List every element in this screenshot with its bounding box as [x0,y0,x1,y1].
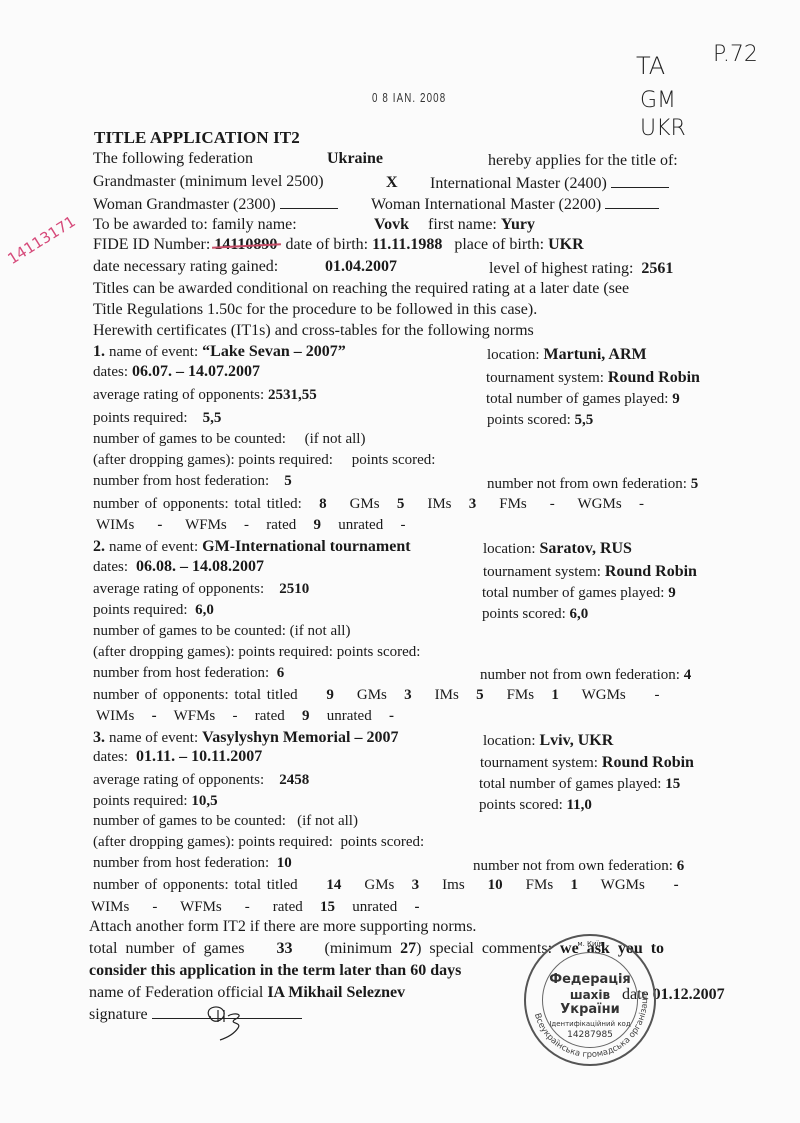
event-3-dropping-label: (after dropping games): points required: [93,834,333,850]
event-2-notown-label: number not from own federation: [480,667,680,683]
event-2-wims: - [152,708,157,724]
federation-label: The following federation [93,149,253,169]
event-3-dates-label: dates: [93,749,128,765]
event-3-system-label: tournament system: [480,755,598,771]
conditional-note-2: Title Regulations 1.50c for the procedur… [93,300,537,320]
event-2-scored-label: points scored: [482,606,566,622]
event-2-wgms-label: WGMs [582,687,626,703]
event-3-if-not-all: (if not all) [297,813,358,829]
event-3-notown-label: number not from own federation: [473,858,673,874]
event-2-unrated-label: unrated [327,708,372,724]
event-2-titled-label: number of opponents: total titled [93,687,298,703]
attach-note: Attach another form IT2 if there are mor… [89,917,476,937]
event-2-total-games: 9 [668,585,676,601]
event-2-location: Saratov, RUS [540,540,632,557]
event-2-gms: 3 [404,687,412,703]
official-name: IA Mikhail Seleznev [267,984,405,1001]
event-2-total-label: total number of games played: [482,585,664,601]
event-3-rated-label: rated [273,899,303,915]
event-3-notown-row: number not from own federation: 6 [473,857,684,876]
event-2-points-scored: 6,0 [570,606,589,622]
event-1-ims-label: IMs [427,496,451,512]
event-2-avg-rating: 2510 [279,581,309,597]
event-1-counted-label: number of games to be counted: [93,431,286,447]
event-2-name-label: name of event: [109,539,198,555]
event-1-gms-label: GMs [350,496,380,512]
event-3-total-row: total number of games played: 15 [479,775,680,794]
event-2-opponents-row: number of opponents: total titled 9 GMs … [93,686,660,705]
event-2-name: GM-International tournament [202,538,410,555]
event-2-dropping-scored-label: points scored: [337,644,421,660]
event-1-name-row: 1. name of event: “Lake Sevan – 2007” [93,342,346,362]
event-3-dropping-scored-label: points scored: [340,834,424,850]
event-1-name-label: name of event: [109,344,198,360]
event-1-not-own: 5 [691,476,699,492]
event-2-wfms: - [233,708,238,724]
event-1-ims: 3 [469,496,477,512]
event-2-titled: 9 [326,687,334,703]
event-3-rated-row: WIMs - WFMs - rated 15 unrated - [91,898,419,917]
event-2-points-required: 6,0 [195,602,214,618]
event-3-titled: 14 [326,877,341,893]
event-3-dropping-row: (after dropping games): points required:… [93,833,424,852]
event-3-unrated: - [414,899,419,915]
event-3-system-row: tournament system: Round Robin [480,753,694,773]
event-3-avg-row: average rating of opponents: 2458 [93,771,309,790]
event-2-dropping-row: (after dropping games): points required:… [93,643,420,662]
event-3-wgms: - [674,877,679,893]
event-2-dates-row: dates: 06.08. – 14.08.2007 [93,557,264,577]
event-2-dropping-label: (after dropping games): points required: [93,644,333,660]
event-2-avg-row: average rating of opponents: 2510 [93,580,309,599]
event-1-points-required: 5,5 [203,410,222,426]
event-1-total-games: 9 [672,391,680,407]
event-2-notown-row: number not from own federation: 4 [480,666,691,685]
fide-id-struck: 14110890 [214,236,277,253]
event-1-fms-label: FMs [499,496,527,512]
event-1-wfms-label: WFMs [185,517,227,533]
event-3-gms: 3 [412,877,420,893]
event-1-req-row: points required: 5,5 [93,409,221,428]
event-2-not-own: 4 [684,667,692,683]
event-3-req-row: points required: 10,5 [93,792,218,811]
event-1-total-label: total number of games played: [486,391,668,407]
handwritten-ukr: UKR [640,116,686,141]
conditional-note-1: Titles can be awarded conditional on rea… [93,279,629,299]
event-2-number: 2. [93,538,105,555]
event-1-gms: 5 [397,496,405,512]
event-1-wims-label: WIMs [96,517,134,533]
applies-label: hereby applies for the title of: [488,151,678,171]
event-2-scored-row: points scored: 6,0 [482,605,588,624]
event-1-dropping-row: (after dropping games): points required:… [93,451,435,470]
event-3-counted-label: number of games to be counted: [93,813,286,829]
event-2-from-host: 6 [277,665,285,681]
wgm-title-blank[interactable] [280,194,338,209]
event-3-scored-label: points scored: [479,797,563,813]
event-1-notown-row: number not from own federation: 5 [487,475,698,494]
highest-rating-label: level of highest rating: [489,260,633,277]
seal-ring-text: Всеукраїнська громадська організація [524,934,656,1066]
total-games-value: 33 [277,940,293,957]
event-3-name-row: 3. name of event: Vasylyshyn Memorial – … [93,728,398,748]
event-1-points-scored: 5,5 [575,412,594,428]
event-2-wfms-label: WFMs [174,708,216,724]
event-1-location-label: location: [487,347,540,363]
event-3-rated: 15 [320,899,335,915]
family-name: Vovk [374,215,409,235]
signature-label: signature [89,1006,148,1023]
event-2-fms-label: FMs [507,687,535,703]
event-3-location-row: location: Lviv, UKR [483,731,613,751]
form-title: TITLE APPLICATION IT2 [94,128,300,148]
event-2-rated-label: rated [255,708,285,724]
event-2-host-label: number from host federation: [93,665,269,681]
event-2-avg-label: average rating of opponents: [93,581,264,597]
event-3-dates: 01.11. – 10.11.2007 [136,748,262,765]
event-3-total-games: 15 [665,776,680,792]
event-2-req-label: points required: [93,602,188,618]
event-2-ims-label: IMs [435,687,459,703]
event-1-wims: - [157,517,162,533]
event-3-scored-row: points scored: 11,0 [479,796,592,815]
event-3-wfms: - [245,899,250,915]
event-1-name: “Lake Sevan – 2007” [202,343,346,360]
official-seal: м. Київ Федерація шахів України Ідентифі… [524,934,656,1066]
rating-date-label: date necessary rating gained: [93,257,278,277]
event-2-rated: 9 [302,708,310,724]
wgm-title-label: Woman Grandmaster (2300) [93,194,338,215]
dob-label: date of birth: [285,236,368,253]
event-3-location: Lviv, UKR [540,732,614,749]
awarded-label: To be awarded to: family name: [93,215,297,235]
event-1-avg-rating: 2531,55 [268,387,317,403]
event-1-titled: 8 [319,496,327,512]
handwritten-fide-id: 14113171 [4,212,78,268]
event-3-name: Vasylyshyn Memorial – 2007 [202,729,398,746]
handwritten-ta: TA [636,52,665,80]
event-2-location-label: location: [483,541,536,557]
wim-title-label: Woman International Master (2200) [371,194,659,215]
event-3-wfms-label: WFMs [180,899,222,915]
event-1-total-row: total number of games played: 9 [486,390,680,409]
event-1-location-row: location: Martuni, ARM [487,345,647,365]
event-3-avg-label: average rating of opponents: [93,772,264,788]
event-1-titled-label: number of opponents: total titled [93,496,298,512]
official-label: name of Federation official [89,984,263,1001]
event-1-avg-row: average rating of opponents: 2531,55 [93,386,317,405]
dob-value: 11.11.1988 [372,236,442,253]
event-2-system-row: tournament system: Round Robin [483,562,697,582]
event-2-wims-label: WIMs [96,708,134,724]
gm-title-mark: X [386,173,398,193]
minimum-value: 27 [400,940,416,957]
event-3-opponents-row: number of opponents: total titled 14 GMs… [93,876,679,895]
rating-date-value: 01.04.2007 [325,257,397,277]
gm-title-label: Grandmaster (minimum level 2500) [93,172,324,192]
herewith-note: Herewith certificates (IT1s) and cross-t… [93,321,534,341]
pob-value: UKR [548,236,584,253]
event-1-unrated: - [400,517,405,533]
event-3-fms: 1 [570,877,578,893]
first-name-label: first name: [428,216,497,233]
event-3-name-label: name of event: [109,730,198,746]
event-3-gms-label: GMs [364,877,394,893]
event-3-wims: - [152,899,157,915]
date-value: 01.12.2007 [653,986,725,1003]
im-title-label: International Master (2400) [430,173,669,194]
event-2-counted-label: number of games to be counted: [93,623,286,639]
wgm-title-text: Woman Grandmaster (2300) [93,196,276,213]
event-1-dropping-scored-label: points scored: [352,452,436,468]
event-2-unrated: - [389,708,394,724]
special-comment-2: consider this application in the term la… [89,961,461,981]
event-2-rated-row: WIMs - WFMs - rated 9 unrated - [96,707,394,726]
event-1-system-row: tournament system: Round Robin [486,368,700,388]
event-1-fms: - [550,496,555,512]
event-1-dates: 06.07. – 14.07.2007 [132,363,260,380]
handwritten-gm: GM [640,88,676,113]
event-1-rated-row: WIMs - WFMs - rated 9 unrated - [96,516,405,535]
event-3-unrated-label: unrated [352,899,397,915]
event-2-gms-label: GMs [357,687,387,703]
event-3-fms-label: FMs [526,877,554,893]
event-2-total-row: total number of games played: 9 [482,584,676,603]
event-2-name-row: 2. name of event: GM-International tourn… [93,537,411,557]
pob-label: place of birth: [454,236,544,253]
highest-rating-field: level of highest rating: 2561 [489,259,673,279]
event-1-wgms-label: WGMs [578,496,622,512]
event-2-dates: 06.08. – 14.08.2007 [136,558,264,575]
event-3-from-host: 10 [277,855,292,871]
event-1-host-label: number from host federation: [93,473,269,489]
event-3-total-label: total number of games played: [479,776,661,792]
event-3-counted-row: number of games to be counted: (if not a… [93,812,358,831]
event-3-dates-row: dates: 01.11. – 10.11.2007 [93,747,262,767]
event-2-system: Round Robin [605,563,697,580]
wim-title-text: Woman International Master (2200) [371,196,601,213]
event-1-dates-label: dates: [93,364,128,380]
event-3-wgms-label: WGMs [601,877,645,893]
event-1-host-row: number from host federation: 5 [93,472,292,491]
event-3-host-row: number from host federation: 10 [93,854,292,873]
svg-text:Всеукраїнська громадська орган: Всеукраїнська громадська організація [532,990,650,1060]
im-title-blank[interactable] [611,173,669,188]
minimum-label: (minimum [325,940,393,957]
event-2-ims: 5 [476,687,484,703]
event-3-host-label: number from host federation: [93,855,269,871]
signature-scribble [190,1002,270,1042]
event-1-wgms: - [639,496,644,512]
event-3-not-own: 6 [677,858,685,874]
event-3-ims-label: Ims [442,877,465,893]
event-3-wims-label: WIMs [91,899,129,915]
event-3-points-required: 10,5 [191,793,217,809]
event-1-avg-label: average rating of opponents: [93,387,264,403]
total-games-label: total number of games [89,940,245,957]
fide-id-row: FIDE ID Number: 14110890 date of birth: … [93,235,584,255]
first-name: Yury [501,216,535,233]
event-1-counted-row: number of games to be counted: (if not a… [93,430,365,449]
event-1-scored-label: points scored: [487,412,571,428]
event-2-host-row: number from host federation: 6 [93,664,284,683]
event-3-number: 3. [93,729,105,746]
event-2-counted-row: number of games to be counted: (if not a… [93,622,350,641]
federation-value: Ukraine [327,149,383,169]
first-name-field: first name: Yury [428,215,535,235]
event-2-fms: 1 [551,687,559,703]
event-3-location-label: location: [483,733,536,749]
event-1-rated-label: rated [266,517,296,533]
event-1-if-not-all: (if not all) [305,431,366,447]
event-1-opponents-row: number of opponents: total titled: 8 GMs… [93,495,644,514]
event-1-system-label: tournament system: [486,370,604,386]
event-3-points-scored: 11,0 [567,797,592,813]
fide-id-label: FIDE ID Number: [93,236,210,253]
event-1-number: 1. [93,343,105,360]
event-1-dates-row: dates: 06.07. – 14.07.2007 [93,362,260,382]
received-date-stamp: 0 8 IAN. 2008 [372,90,446,105]
event-1-location: Martuni, ARM [544,346,647,363]
event-3-system: Round Robin [602,754,694,771]
wim-title-blank[interactable] [605,194,659,209]
official-row: name of Federation official IA Mikhail S… [89,983,405,1003]
event-1-from-host: 5 [284,473,292,489]
event-1-req-label: points required: [93,410,188,426]
im-title-text: International Master (2400) [430,175,607,192]
handwritten-page-ref: P.72 [713,42,758,67]
event-1-rated: 9 [313,517,321,533]
event-3-avg-rating: 2458 [279,772,309,788]
event-3-req-label: points required: [93,793,188,809]
event-1-dropping-label: (after dropping games): points required: [93,452,333,468]
event-1-wfms: - [244,517,249,533]
event-2-dates-label: dates: [93,559,128,575]
highest-rating-value: 2561 [641,260,673,277]
event-2-if-not-all: (if not all) [290,623,351,639]
event-2-req-row: points required: 6,0 [93,601,214,620]
event-1-notown-label: number not from own federation: [487,476,687,492]
event-2-system-label: tournament system: [483,564,601,580]
event-3-ims: 10 [488,877,503,893]
event-1-unrated-label: unrated [338,517,383,533]
event-2-location-row: location: Saratov, RUS [483,539,632,559]
event-1-system: Round Robin [608,369,700,386]
event-3-titled-label: number of opponents: total titled [93,877,298,893]
event-2-wgms: - [655,687,660,703]
event-1-scored-row: points scored: 5,5 [487,411,593,430]
